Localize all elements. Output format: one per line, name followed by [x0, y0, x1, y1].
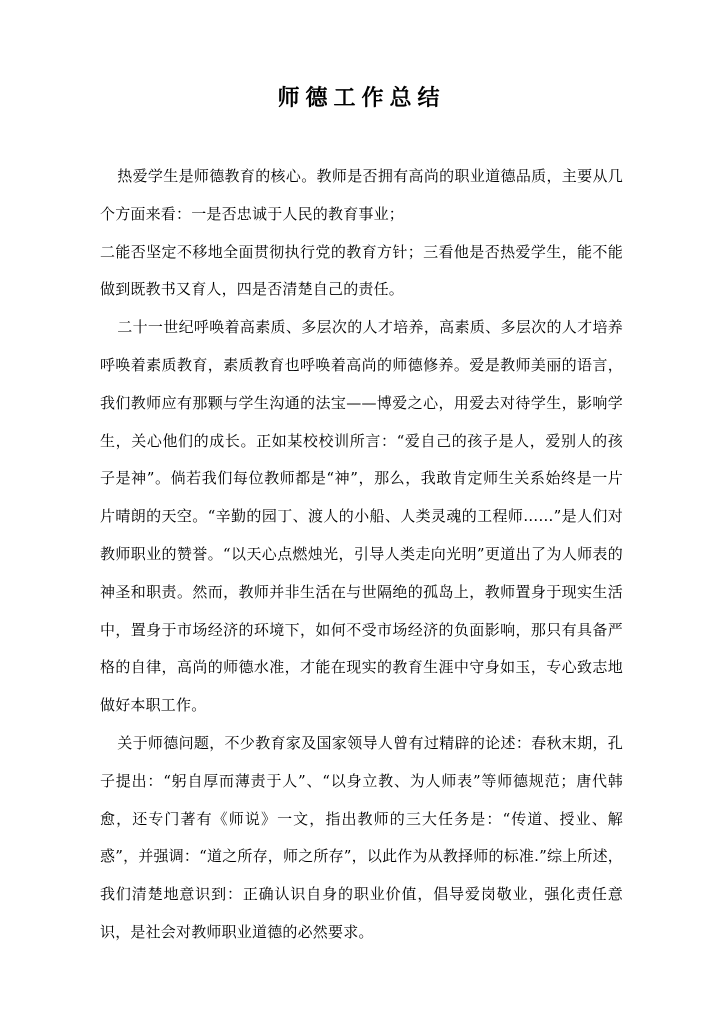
document-title: 师德工作总结	[100, 78, 623, 118]
paragraph-core-of-teacher-ethics: 热爱学生是师德教育的核心。教师是否拥有高尚的职业道德品质，主要从几个方面来看：一…	[100, 158, 623, 234]
paragraph-aspects-continued: 二能否坚定不移地全面贯彻执行党的教育方针；三看他是否热爱学生，能不能做到既教书又…	[100, 234, 623, 310]
document-page: 师德工作总结 热爱学生是师德教育的核心。教师是否拥有高尚的职业道德品质，主要从几…	[0, 0, 721, 1020]
paragraph-21st-century-calling: 二十一世纪呼唤着高素质、多层次的人才培养，高素质、多层次的人才培养呼唤着素质教育…	[100, 309, 623, 725]
paragraph-historical-discourse: 关于师德问题，不少教育家及国家领导人曾有过精辟的论述：春秋末期，孔子提出：“躬自…	[100, 725, 623, 952]
